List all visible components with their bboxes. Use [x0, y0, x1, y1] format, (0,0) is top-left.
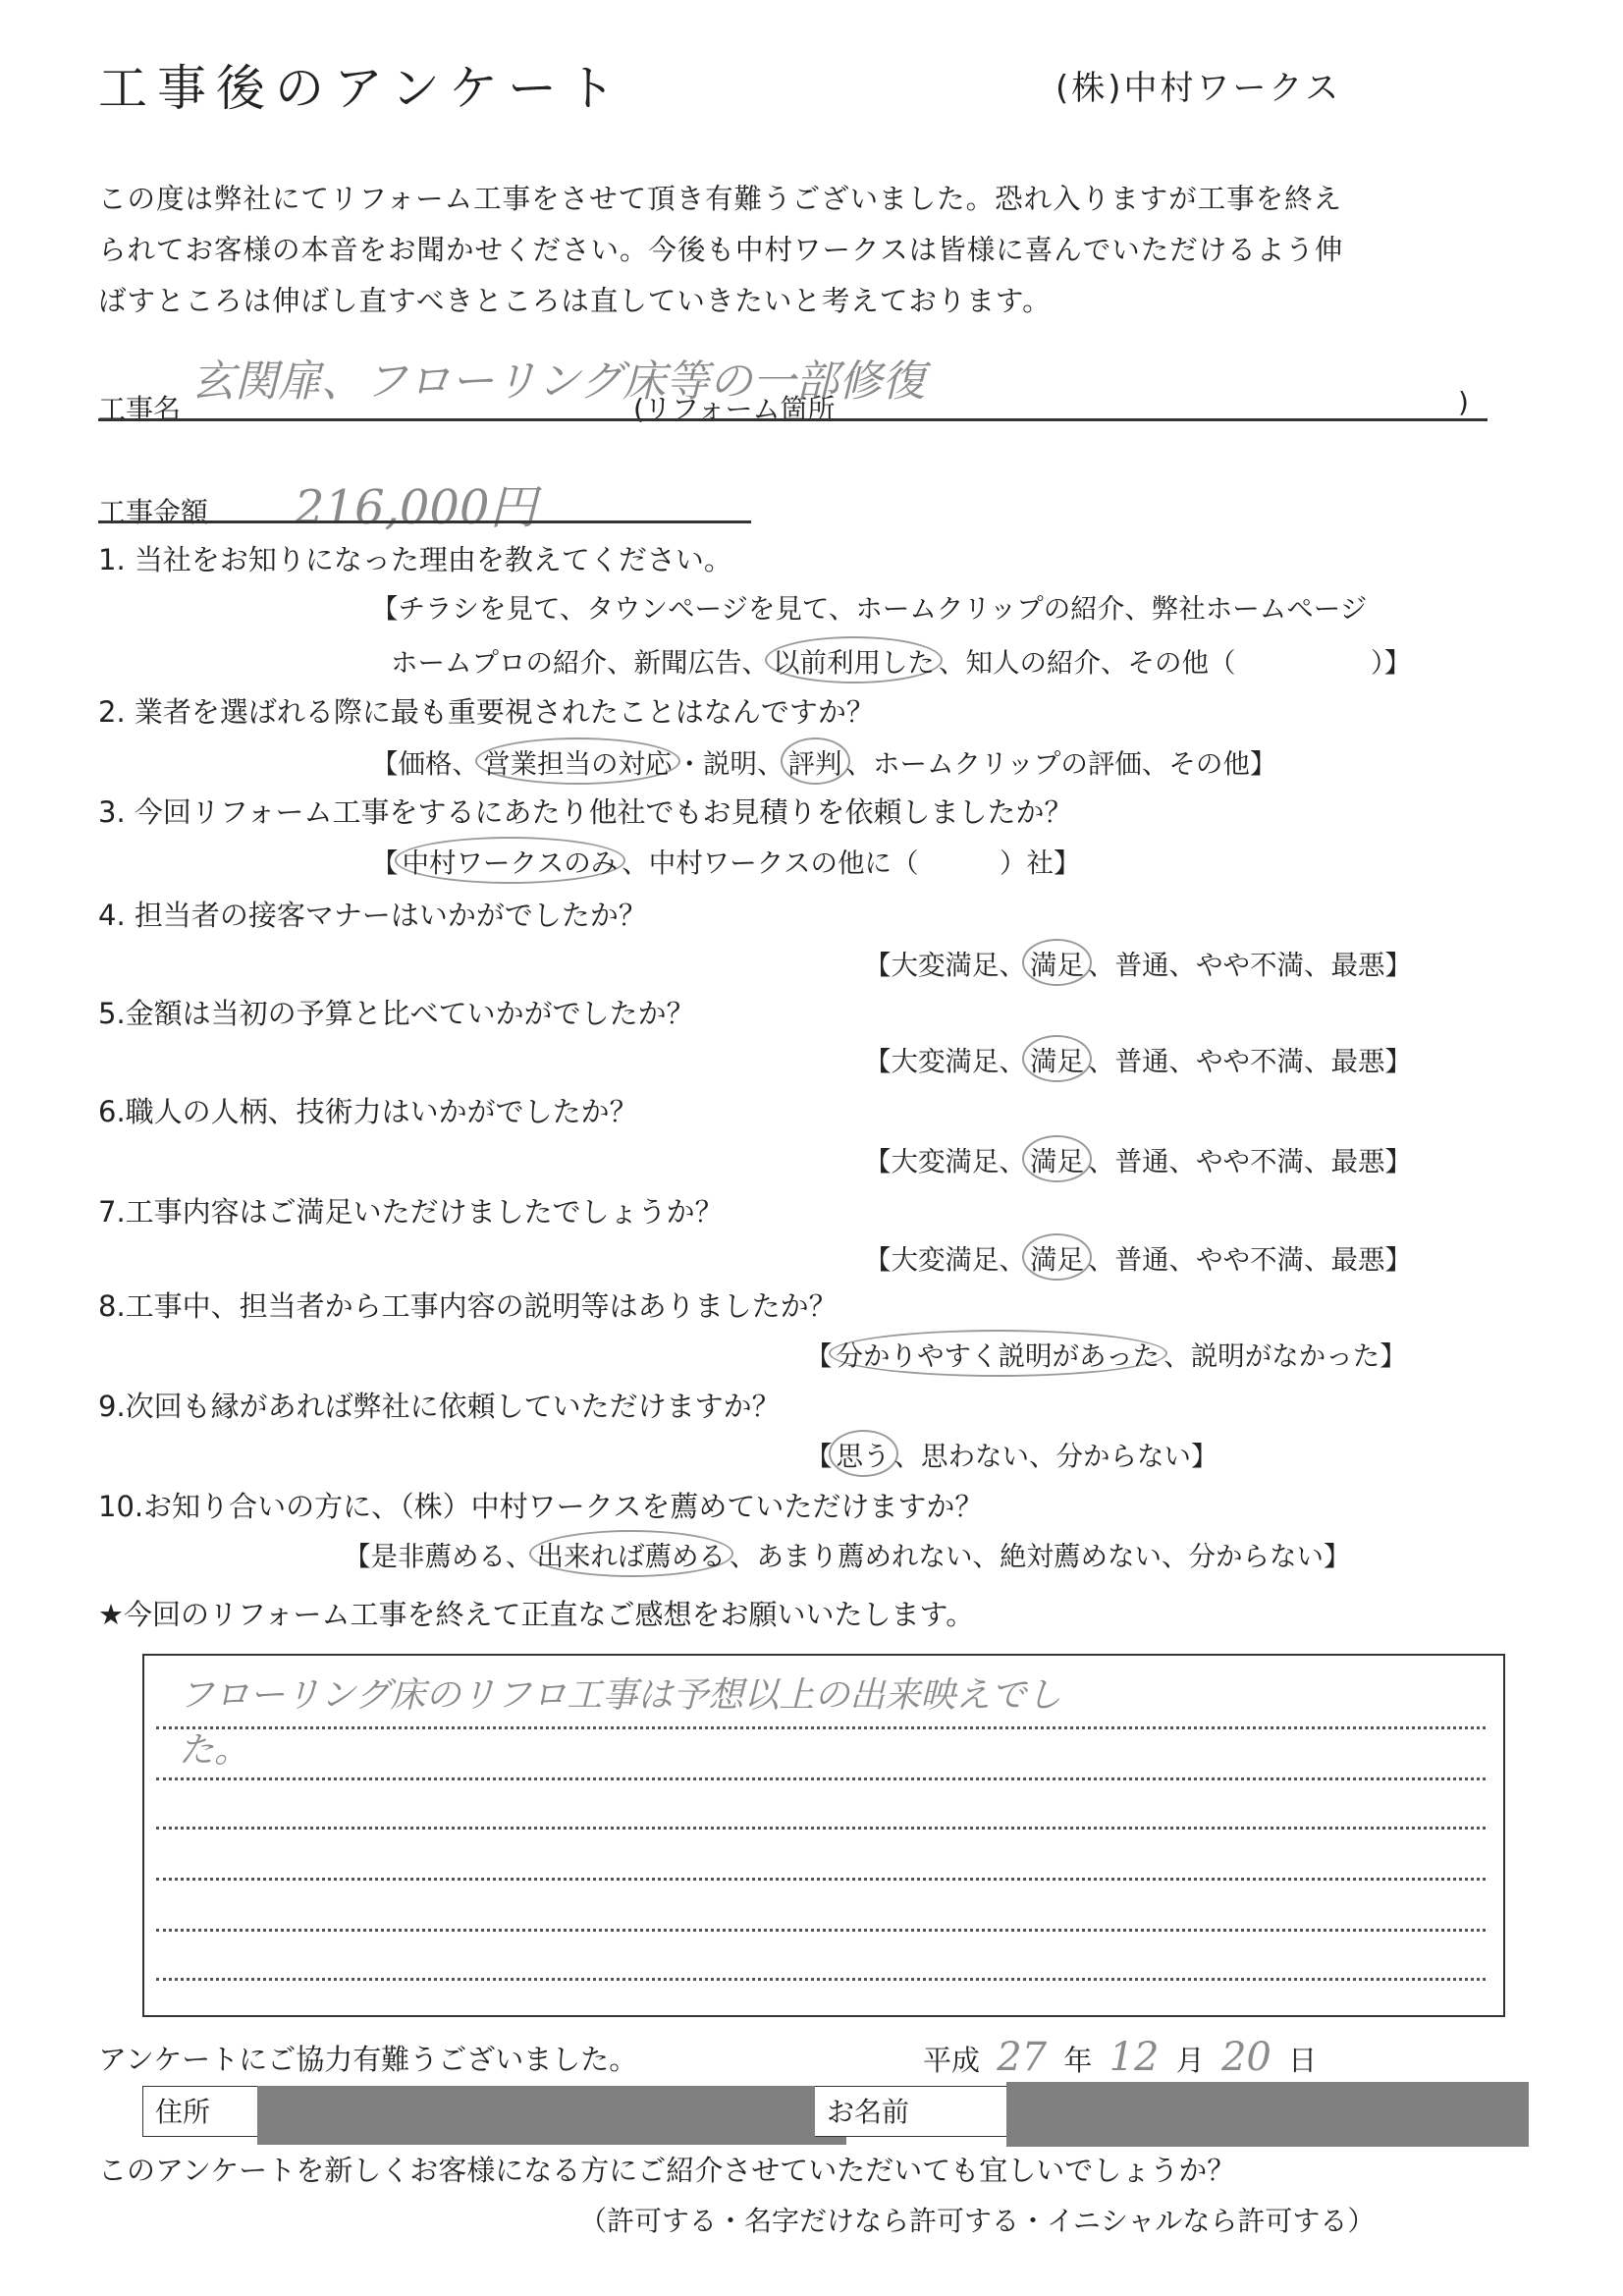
option[interactable]: 是非薦める: [371, 1541, 507, 1572]
option[interactable]: 最悪: [1331, 1146, 1385, 1177]
option[interactable]: やや不満: [1196, 1146, 1304, 1177]
work-name-label: 工事名: [98, 388, 181, 427]
question-text: 担当者の接客マナーはいかがでしたか？: [135, 899, 647, 932]
permission-question: このアンケートを新しくお客様になる方にご紹介させていただいても宜しいでしょうか？: [98, 2149, 1235, 2189]
permission-options[interactable]: （許可する・名字だけなら許可する・イニシャルなら許可する）: [579, 2200, 1375, 2239]
option[interactable]: 大変満足: [892, 1146, 1000, 1177]
option[interactable]: 分からない: [1189, 1541, 1325, 1572]
work-name-hint: (リフォーム箇所: [633, 388, 836, 427]
option[interactable]: 大変満足: [892, 1046, 1000, 1077]
impressions-prompt: ★今回のリフォーム工事を終えて正直なご感想をお願いいたします。: [98, 1593, 974, 1633]
option[interactable]: 普通: [1115, 950, 1169, 981]
question-text: 今回リフォーム工事をするにあたり他社でもお見積りを依頼しましたか？: [135, 795, 1073, 829]
ruled-line: [156, 1878, 1486, 1881]
address-label: 住所: [142, 2086, 260, 2137]
question-number: 4.: [98, 899, 126, 932]
option-selected[interactable]: 思う: [829, 1430, 898, 1477]
question-number: 1.: [98, 543, 126, 576]
question-6: 6.職人の人柄、技術力はいかがでしたか？: [98, 1090, 638, 1130]
question-6-options: 【大変満足、満足、普通、やや不満、最悪】: [864, 1139, 1412, 1178]
question-text: 次回も縁があれば弊社に依頼していただけますか？: [126, 1390, 781, 1423]
option[interactable]: 、中村ワークスの他に（ ）社】: [622, 847, 1080, 879]
question-1-options-line-2: ホームプロの紹介、新聞広告、以前利用した、知人の紹介、その他（ ）】: [391, 640, 1411, 680]
question-9: 9.次回も縁があれば弊社に依頼していただけますか？: [98, 1385, 781, 1425]
option-selected[interactable]: 分かりやすく説明があった: [829, 1330, 1168, 1377]
impressions-handwritten-line-2: た。: [179, 1722, 249, 1773]
option[interactable]: 、ホームクリップの評価、その他】: [846, 748, 1277, 780]
impressions-handwritten-line-1: フローリング床のリフロ工事は予想以上の出来映えでし: [179, 1667, 1061, 1718]
option[interactable]: 最悪: [1331, 950, 1385, 981]
intro-line-2: られてお客様の本音をお聞かせください。今後も中村ワークスは皆様に喜んでいただける…: [98, 228, 1343, 268]
question-text: 工事内容はご満足いただけましたでしょうか？: [126, 1195, 724, 1229]
address-field-redacted[interactable]: [257, 2086, 846, 2145]
option[interactable]: 思わない: [921, 1441, 1029, 1472]
option[interactable]: あまり薦めれない: [757, 1541, 973, 1572]
question-text: お知り合いの方に、（株）中村ワークスを薦めていただけますか？: [143, 1490, 983, 1523]
contact-form-row: 住所 お名前: [142, 2086, 1527, 2139]
page-title: 工事後のアンケート: [98, 49, 625, 120]
question-7-options: 【大変満足、満足、普通、やや不満、最悪】: [864, 1237, 1412, 1277]
question-number: 9.: [98, 1390, 126, 1423]
option[interactable]: 説明がなかった: [1191, 1340, 1380, 1372]
option-selected[interactable]: 中村ワークスのみ: [395, 837, 626, 884]
option-selected[interactable]: 以前利用した: [765, 636, 943, 683]
question-9-options: 【思う、思わない、分からない】: [805, 1434, 1218, 1473]
option[interactable]: 大変満足: [892, 950, 1000, 981]
question-10-options: 【是非薦める、出来れば薦める、あまり薦めれない、絶対薦めない、分からない】: [344, 1534, 1351, 1573]
date-day-label: 日: [1288, 2044, 1317, 2077]
question-4-options: 【大変満足、満足、普通、やや不満、最悪】: [864, 943, 1412, 982]
option-selected[interactable]: 満足: [1022, 1135, 1092, 1182]
question-7: 7.工事内容はご満足いただけましたでしょうか？: [98, 1190, 724, 1230]
impressions-textarea[interactable]: フローリング床のリフロ工事は予想以上の出来映えでし た。: [142, 1654, 1505, 2017]
question-2: 2. 業者を選ばれる際に最も重要視されたことはなんですか？: [98, 690, 875, 731]
ruled-line: [156, 1777, 1486, 1780]
question-number: 3.: [98, 795, 126, 829]
option[interactable]: 【: [371, 847, 399, 879]
question-5-options: 【大変満足、満足、普通、やや不満、最悪】: [864, 1039, 1412, 1078]
option[interactable]: 絶対薦めない: [1000, 1541, 1162, 1572]
date-year-label: 年: [1063, 2044, 1092, 2077]
question-number: 2.: [98, 695, 126, 729]
work-name-close-paren: ): [1458, 386, 1469, 418]
option[interactable]: 【価格、: [371, 748, 479, 780]
option-selected[interactable]: 満足: [1022, 1035, 1092, 1082]
option-selected[interactable]: 満足: [1022, 939, 1092, 986]
option[interactable]: ホームプロの紹介、新聞広告、: [391, 647, 769, 679]
question-3-options: 【中村ワークスのみ、中村ワークスの他に（ ）社】: [371, 841, 1080, 880]
option[interactable]: やや不満: [1196, 1244, 1304, 1276]
work-amount-label: 工事金額: [98, 491, 208, 530]
question-3: 3. 今回リフォーム工事をするにあたり他社でもお見積りを依頼しましたか？: [98, 791, 1072, 831]
option[interactable]: 最悪: [1331, 1244, 1385, 1276]
date-year[interactable]: 27: [989, 2035, 1055, 2080]
question-10: 10.お知り合いの方に、（株）中村ワークスを薦めていただけますか？: [98, 1485, 983, 1525]
option[interactable]: 普通: [1115, 1146, 1169, 1177]
ruled-line: [156, 1827, 1486, 1830]
thanks-text: アンケートにご協力有難うございました。: [98, 2038, 637, 2078]
date-field: 平成 27 年 12 月 20 日: [923, 2035, 1317, 2080]
question-5: 5.金額は当初の予算と比べていかがでしたか？: [98, 992, 695, 1032]
option[interactable]: 、知人の紹介、その他（ ）】: [939, 647, 1411, 679]
intro-line-1: この度は弊社にてリフォーム工事をさせて頂き有難うございました。恐れ入りますが工事…: [98, 177, 1342, 217]
question-1-options-line-1: 【チラシを見て、タウンページを見て、ホームクリップの紹介、弊社ホームページ: [371, 586, 1367, 626]
option-selected[interactable]: 評判: [781, 738, 850, 785]
name-label: お名前: [815, 2086, 1011, 2137]
company-name: (株)中村ワークス: [1055, 61, 1341, 109]
question-number: 7.: [98, 1195, 126, 1229]
question-8: 8.工事中、担当者から工事内容の説明等はありましたか？: [98, 1285, 838, 1325]
question-number: 8.: [98, 1289, 126, 1323]
option[interactable]: 普通: [1115, 1244, 1169, 1276]
date-month[interactable]: 12: [1102, 2035, 1167, 2080]
option-selected[interactable]: 満足: [1022, 1233, 1092, 1281]
option[interactable]: 分からない: [1056, 1441, 1192, 1472]
option-selected[interactable]: 出来れば薦める: [529, 1530, 734, 1577]
question-text: 職人の人柄、技術力はいかがでしたか？: [126, 1095, 638, 1128]
date-era: 平成: [923, 2044, 980, 2077]
option[interactable]: 最悪: [1331, 1046, 1385, 1077]
question-4: 4. 担当者の接客マナーはいかがでしたか？: [98, 894, 647, 934]
question-2-options: 【価格、営業担当の対応・説明、評判、ホームクリップの評価、その他】: [371, 741, 1276, 781]
ruled-line: [156, 1978, 1486, 1981]
option[interactable]: 大変満足: [892, 1244, 1000, 1276]
option[interactable]: やや不満: [1196, 1046, 1304, 1077]
question-text: 業者を選ばれる際に最も重要視されたことはなんですか？: [135, 695, 875, 729]
question-number: 6.: [98, 1095, 126, 1128]
question-text: 工事中、担当者から工事内容の説明等はありましたか？: [126, 1289, 838, 1323]
option[interactable]: ・説明、: [676, 748, 784, 780]
question-1: 1. 当社をお知りになった理由を教えてください。: [98, 538, 732, 578]
question-text: 当社をお知りになった理由を教えてください。: [135, 543, 732, 576]
question-text: 金額は当初の予算と比べていかがでしたか？: [126, 997, 695, 1030]
ruled-line: [156, 1726, 1486, 1729]
work-amount-underline: [98, 520, 751, 523]
name-field-redacted[interactable]: [1006, 2082, 1529, 2147]
date-month-label: 月: [1176, 2044, 1205, 2077]
intro-line-3: ばすところは伸ばし直すべきところは直していきたいと考えております。: [98, 279, 1052, 319]
question-8-options: 【分かりやすく説明があった、説明がなかった】: [805, 1334, 1407, 1373]
work-amount-value[interactable]: 216,000円: [295, 469, 537, 537]
date-day[interactable]: 20: [1214, 2035, 1279, 2080]
question-number: 5.: [98, 997, 126, 1030]
work-name-underline: [98, 418, 1488, 421]
option[interactable]: やや不満: [1196, 950, 1304, 981]
ruled-line: [156, 1929, 1486, 1932]
question-number: 10.: [98, 1490, 143, 1523]
option-selected[interactable]: 営業担当の対応: [475, 738, 680, 785]
option[interactable]: 普通: [1115, 1046, 1169, 1077]
